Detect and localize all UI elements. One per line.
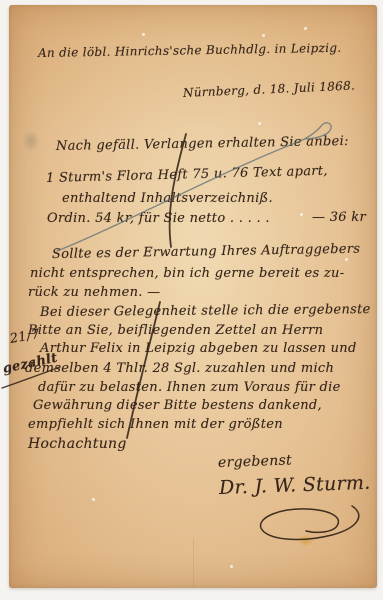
- body-line: Bei dieser Gelegenheit stelle ich die er…: [40, 302, 371, 320]
- body-line: Arthur Felix in Leipzig abgeben zu lasse…: [40, 341, 357, 356]
- body-line: nicht entsprechen, bin ich gerne bereit …: [30, 266, 344, 281]
- paper-smudge: [22, 130, 40, 152]
- paper-speck: [258, 122, 261, 125]
- paper-stain: [298, 534, 314, 547]
- body-line: Hochachtung: [28, 436, 127, 452]
- body-line: demselben 4 Thlr. 28 Sgl. zuzahlen und m…: [25, 361, 334, 376]
- paper-crease: [193, 538, 194, 587]
- paper-speck: [262, 34, 265, 37]
- body-line: Gewährung dieser Bitte bestens dankend,: [33, 398, 322, 413]
- body-line: Bitte an Sie, beifliegenden Zettel an He…: [28, 323, 323, 338]
- paper-speck: [304, 27, 307, 30]
- body-line: rück zu nehmen. —: [28, 285, 160, 300]
- body-line: dafür zu belasten. Ihnen zum Voraus für …: [38, 380, 341, 395]
- paper-speck: [345, 258, 348, 261]
- invoice-price-line: Ordin. 54 kr, für Sie netto . . . . .: [47, 211, 270, 226]
- paper-speck: [92, 498, 95, 501]
- closing-word: ergebenst: [218, 452, 293, 471]
- paper-speck: [230, 565, 233, 568]
- paper-speck: [142, 33, 145, 36]
- body-line: empfiehlt sich Ihnen mit der größten: [28, 417, 283, 432]
- invoice-contents-line: enthaltend Inhaltsverzeichniß.: [62, 191, 273, 206]
- paper-speck: [300, 213, 303, 216]
- scan-background: { "scan": { "background_color": "#f4f3ef…: [0, 0, 383, 600]
- invoice-net-amount: — 36 kr: [312, 210, 366, 225]
